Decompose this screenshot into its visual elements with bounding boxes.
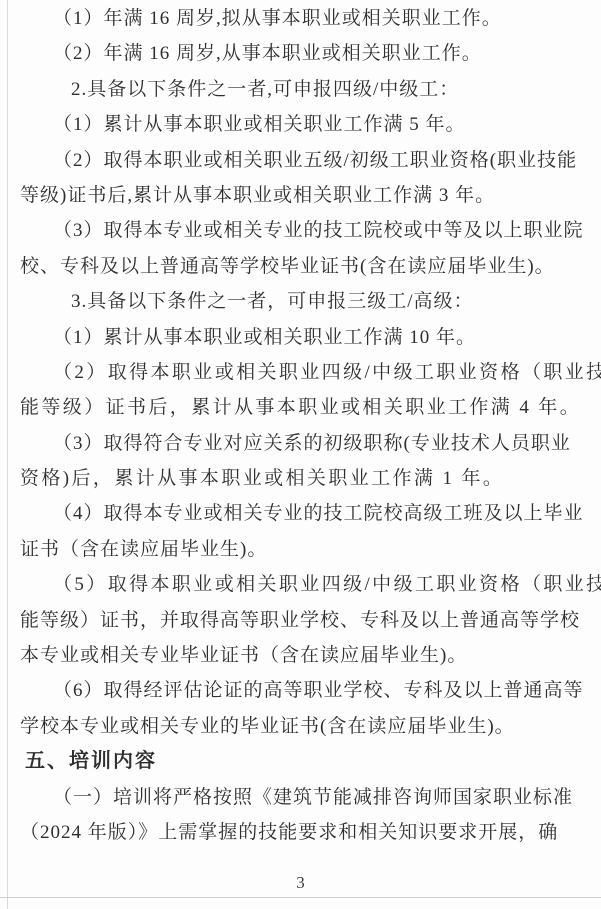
paragraph-line: （3）取得符合专业对应关系的初级职称(专业技术人员职业 [20,426,586,461]
paragraph-line: 学校本专业或相关专业的毕业证书(含在读应届毕业生)。 [20,709,586,744]
paragraph-line: 能等级）证书后，累计从事本职业或相关职业工作满 4 年。 [20,390,586,425]
paragraph-line: （1）年满 16 周岁,拟从事本职业或相关职业工作。 [20,1,586,36]
paragraph-line: 等级)证书后,累计从事本职业或相关职业工作满 3 年。 [20,178,586,213]
paragraph-line: 校、专科及以上普通高等学校毕业证书(含在读应届毕业生)。 [20,249,586,284]
paragraph-line: （6）取得经评估论证的高等职业学校、专科及以上普通高等 [20,673,586,708]
paragraph-line: （4）取得本专业或相关专业的技工院校高级工班及以上毕业 [20,496,586,531]
paragraph-line: （2）取得本职业或相关职业五级/初级工职业资格(职业技能 [20,143,586,178]
paragraph-line: 能等级）证书，并取得高等职业学校、专科及以上普通高等学校 [20,603,586,638]
paragraph-line: （一）培训将严格按照《建筑节能减排咨询师国家职业标准 [20,780,586,815]
paragraph-line: （2）取得本职业或相关职业四级/中级工职业资格（职业技 [20,355,586,390]
page-number: 3 [0,870,601,896]
paragraph-line: （1）累计从事本职业或相关职业工作满 5 年。 [20,107,586,142]
clause-heading-line: 2.具备以下条件之一者,可申报四级/中级工： [20,72,586,107]
scan-edge-line-left [7,0,8,909]
paragraph-line: 本专业或相关专业毕业证书（含在读应届毕业生)。 [20,638,586,673]
paragraph-line: 资格)后，累计从事本职业或相关职业工作满 1 年。 [20,461,586,496]
clause-heading-line: 3.具备以下条件之一者，可申报三级工/高级： [20,284,586,319]
scanned-document-page: （1）年满 16 周岁,拟从事本职业或相关职业工作。 （2）年满 16 周岁,从… [0,0,601,909]
section-heading: 五、培训内容 [20,744,586,779]
paragraph-line: （1）累计从事本职业或相关职业工作满 10 年。 [20,320,586,355]
paragraph-line: 证书（含在读应届毕业生)。 [20,532,586,567]
scan-edge-line-bottom [0,897,601,898]
paragraph-line: （2）年满 16 周岁,从事本职业或相关职业工作。 [20,36,586,71]
document-body: （1）年满 16 周岁,拟从事本职业或相关职业工作。 （2）年满 16 周岁,从… [20,1,586,850]
paragraph-line: （3）取得本专业或相关专业的技工院校或中等及以上职业院 [20,213,586,248]
paragraph-line: （2024 年版）》上需掌握的技能要求和相关知识要求开展，确 [20,815,586,850]
paragraph-line: （5）取得本职业或相关职业四级/中级工职业资格（职业技 [20,567,586,602]
